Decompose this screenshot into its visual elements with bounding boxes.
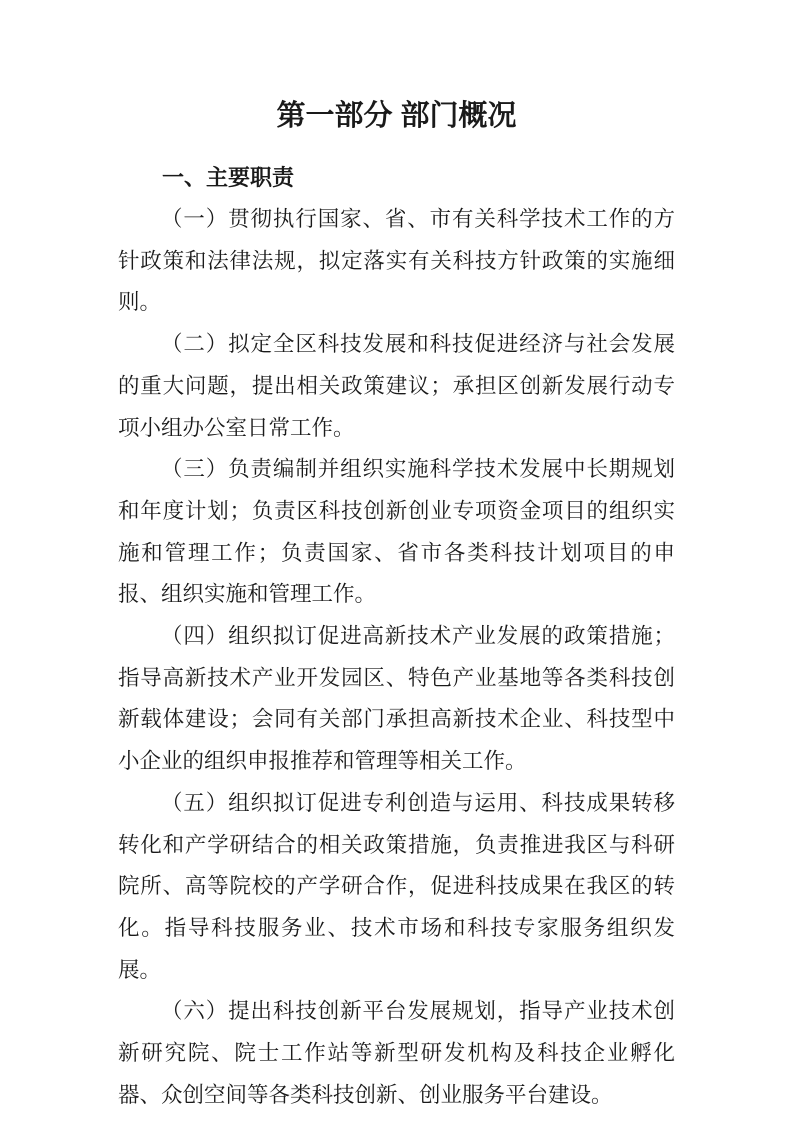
paragraph-2: （二）拟定全区科技发展和科技促进经济与社会发展的重大问题，提出相关政策建议；承担… xyxy=(118,324,675,449)
paragraph-5: （五）组织拟订促进专利创造与运用、科技成果转移转化和产学研结合的相关政策措施，负… xyxy=(118,783,675,992)
section-heading: 一、主要职责 xyxy=(118,157,675,199)
document-body: （一）贯彻执行国家、省、市有关科学技术工作的方针政策和法律法规，拟定落实有关科技… xyxy=(118,199,675,1116)
document-page: 第一部分 部门概况 一、主要职责 （一）贯彻执行国家、省、市有关科学技术工作的方… xyxy=(0,0,793,1122)
paragraph-6: （六）提出科技创新平台发展规划，指导产业技术创新研究院、院士工作站等新型研发机构… xyxy=(118,991,675,1116)
paragraph-3: （三）负责编制并组织实施科学技术发展中长期规划和年度计划；负责区科技创新创业专项… xyxy=(118,449,675,616)
page-title: 第一部分 部门概况 xyxy=(118,95,675,137)
paragraph-4: （四）组织拟订促进高新技术产业发展的政策措施；指导高新技术产业开发园区、特色产业… xyxy=(118,616,675,783)
paragraph-1: （一）贯彻执行国家、省、市有关科学技术工作的方针政策和法律法规，拟定落实有关科技… xyxy=(118,199,675,324)
